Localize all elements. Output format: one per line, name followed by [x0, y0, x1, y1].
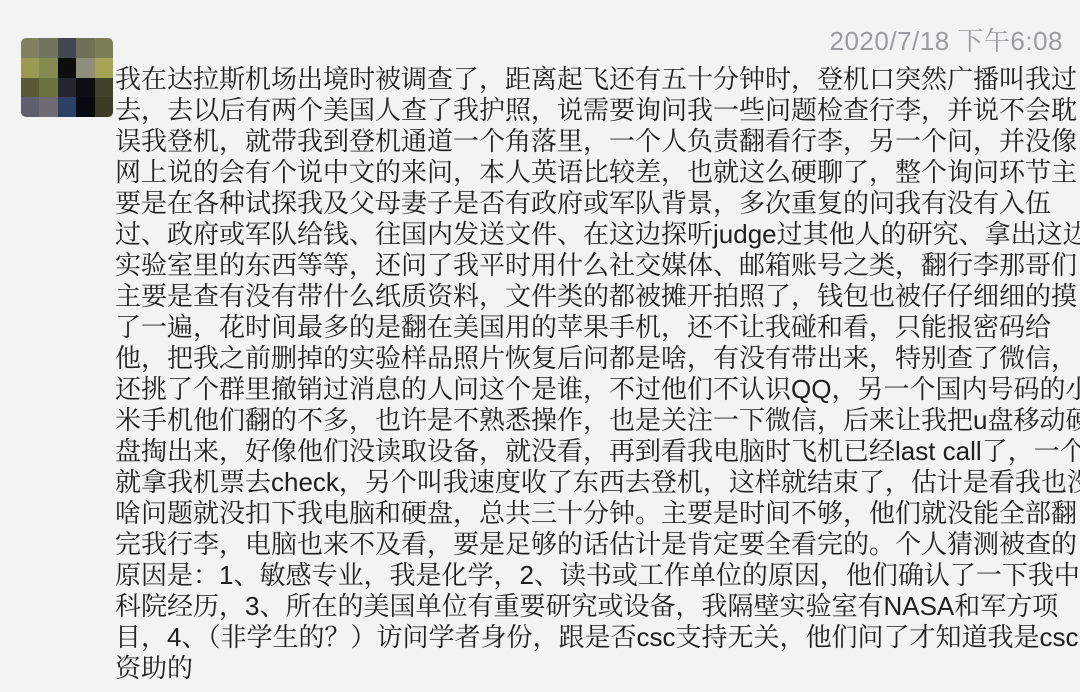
message-line: 我在达拉斯机场出境时被调查了，距离起飞还有五十分钟时，登机口突然广播叫我过 — [115, 64, 1075, 95]
avatar[interactable] — [21, 38, 113, 117]
avatar-pixel — [95, 38, 113, 58]
message-line: 原因是：1、敏感专业，我是化学，2、读书或工作单位的原因，他们确认了一下我中 — [115, 560, 1075, 591]
avatar-pixel — [58, 58, 76, 78]
avatar-pixel — [39, 58, 57, 78]
avatar-pixel — [95, 58, 113, 78]
message-line: 还挑了个群里撤销过消息的人问这个是谁，不过他们不认识QQ，另一个国内号码的小 — [115, 374, 1075, 405]
message-line: 了一遍，花时间最多的是翻在美国用的苹果手机，还不让我碰和看，只能报密码给 — [115, 312, 1075, 343]
message-line: 网上说的会有个说中文的来问，本人英语比较差，也就这么硬聊了，整个询问环节主 — [115, 157, 1075, 188]
message-line: 要是在各种试探我及父母妻子是否有政府或军队背景，多次重复的问我有没有入伍 — [115, 188, 1075, 219]
message-line: 科院经历，3、所在的美国单位有重要研究或设备，我隔壁实验室有NASA和军方项 — [115, 591, 1075, 622]
avatar-pixel — [76, 97, 94, 117]
avatar-pixel — [95, 78, 113, 98]
message-line: 盘掏出来，好像他们没读取设备，就没看，再到看我电脑时飞机已经last call了… — [115, 436, 1075, 467]
avatar-pixel — [21, 38, 39, 58]
message-line: 实验室里的东西等等，还问了我平时用什么社交媒体、邮箱账号之类，翻行李那哥们 — [115, 250, 1075, 281]
avatar-pixel — [39, 78, 57, 98]
message-line: 米手机他们翻的不多，也许是不熟悉操作，也是关注一下微信，后来让我把u盘移动硬 — [115, 405, 1075, 436]
avatar-pixel — [21, 97, 39, 117]
avatar-pixel — [21, 58, 39, 78]
avatar-pixel — [21, 78, 39, 98]
message-line: 资助的 — [115, 653, 1075, 684]
message-line: 就拿我机票去check，另个叫我速度收了东西去登机，这样就结束了，估计是看我也没 — [115, 467, 1075, 498]
message-line: 啥问题就没扣下我电脑和硬盘，总共三十分钟。主要是时间不够，他们就没能全部翻 — [115, 498, 1075, 529]
chat-screen: 2020/7/18 下午6:08 我在达拉斯机场出境时被调查了，距离起飞还有五十… — [0, 0, 1080, 692]
message-line: 完我行李，电脑也来不及看，要是足够的话估计是肯定要全看完的。个人猜测被查的 — [115, 529, 1075, 560]
message-line: 去，去以后有两个美国人查了我护照，说需要询问我一些问题检查行李，并说不会耽 — [115, 95, 1075, 126]
avatar-pixel — [76, 58, 94, 78]
message-line: 误我登机，就带我到登机通道一个角落里，一个人负责翻看行李，另一个问，并没像 — [115, 126, 1075, 157]
message-line: 他，把我之前删掉的实验样品照片恢复后问都是啥，有没有带出来，特别查了微信， — [115, 343, 1075, 374]
message-line: 目，4、（非学生的？）访问学者身份，跟是否csc支持无关，他们问了才知道我是cs… — [115, 622, 1075, 653]
avatar-pixel — [95, 97, 113, 117]
avatar-pixel — [76, 78, 94, 98]
avatar-pixel — [76, 38, 94, 58]
message-timestamp: 2020/7/18 下午6:08 — [830, 21, 1064, 58]
avatar-pixel — [39, 38, 57, 58]
message-line: 主要是查有没有带什么纸质资料，文件类的都被摊开拍照了，钱包也被仔仔细细的摸 — [115, 281, 1075, 312]
avatar-pixel — [58, 38, 76, 58]
avatar-pixel — [39, 97, 57, 117]
avatar-pixel — [58, 78, 76, 98]
message-line: 过、政府或军队给钱、往国内发送文件、在这边探听judge过其他人的研究、拿出这边 — [115, 219, 1075, 250]
message-bubble[interactable]: 我在达拉斯机场出境时被调查了，距离起飞还有五十分钟时，登机口突然广播叫我过去，去… — [115, 64, 1075, 684]
avatar-pixel — [58, 97, 76, 117]
